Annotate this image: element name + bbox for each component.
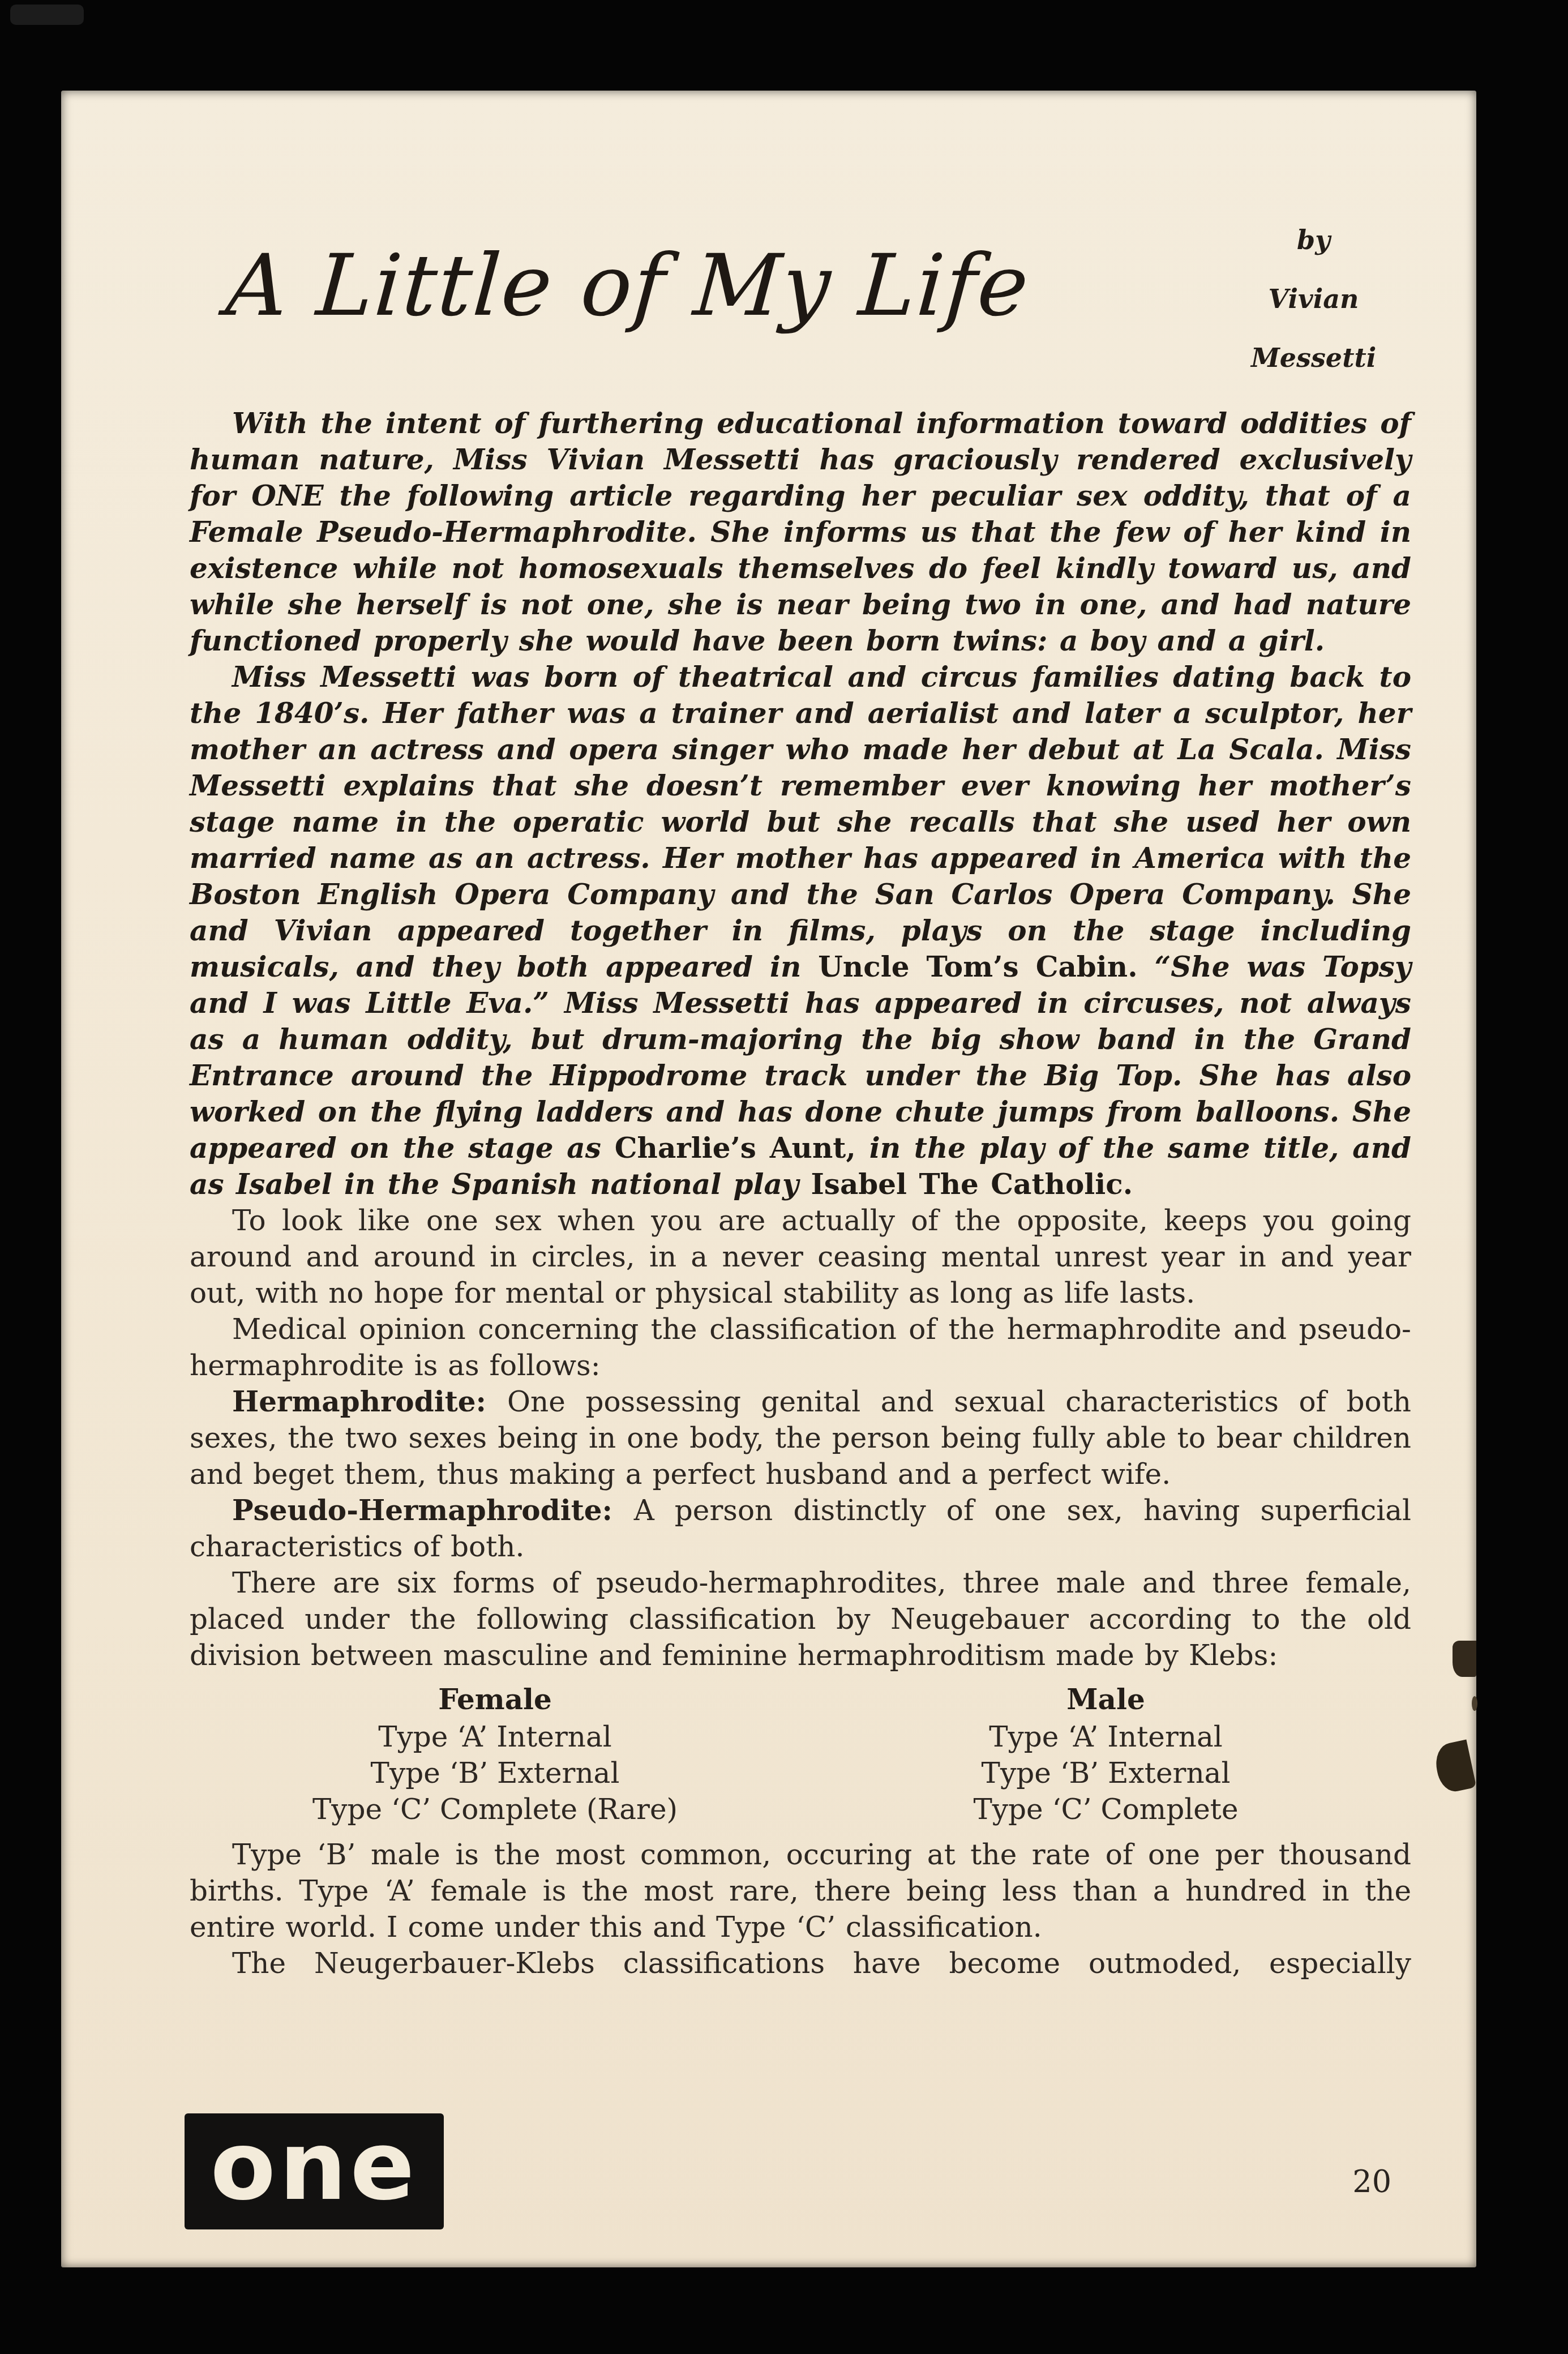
page-content: A Little of My Life by Vivian Messetti W… bbox=[61, 91, 1476, 2267]
scan-artifact bbox=[1453, 1641, 1476, 1677]
page-number: 20 bbox=[1352, 2164, 1391, 2199]
table-row: Type ‘B’ External bbox=[190, 1755, 800, 1791]
column-header-female: Female bbox=[190, 1681, 800, 1718]
classification-column-male: Male Type ‘A’ Internal Type ‘B’ External… bbox=[800, 1681, 1411, 1827]
text-segment: Miss Messetti was born of theatrical and… bbox=[190, 660, 1411, 983]
classification-column-female: Female Type ‘A’ Internal Type ‘B’ Extern… bbox=[190, 1681, 800, 1827]
paragraph: The Neugerbauer-Klebs classifications ha… bbox=[190, 1945, 1411, 1981]
definition-term: Pseudo-Hermaphrodite: bbox=[232, 1493, 634, 1527]
byline-by: by bbox=[1216, 211, 1411, 269]
table-row: Type ‘C’ Complete bbox=[800, 1791, 1411, 1827]
column-header-male: Male bbox=[800, 1681, 1411, 1718]
table-row: Type ‘A’ Internal bbox=[190, 1719, 800, 1755]
byline-first-name: Vivian bbox=[1216, 269, 1411, 328]
body-paragraphs-before-table: To look like one sex when you are actual… bbox=[190, 1202, 1411, 1674]
logo-text: one bbox=[211, 2118, 418, 2214]
paragraph: Type ‘B’ male is the most common, occuri… bbox=[190, 1837, 1411, 1945]
paragraph: Hermaphrodite: One possessing genital an… bbox=[190, 1384, 1411, 1492]
table-row: Type ‘C’ Complete (Rare) bbox=[190, 1791, 800, 1827]
paragraph: To look like one sex when you are actual… bbox=[190, 1202, 1411, 1311]
classification-table: Female Type ‘A’ Internal Type ‘B’ Extern… bbox=[190, 1681, 1411, 1827]
magazine-page-paper: A Little of My Life by Vivian Messetti W… bbox=[61, 91, 1476, 2267]
definition-term: Hermaphrodite: bbox=[232, 1385, 507, 1418]
table-row: Type ‘B’ External bbox=[800, 1755, 1411, 1791]
table-row: Type ‘A’ Internal bbox=[800, 1719, 1411, 1755]
scan-artifact bbox=[1472, 1696, 1477, 1711]
article-title: A Little of My Life bbox=[184, 203, 1222, 370]
intro-paragraphs: With the intent of furthering educationa… bbox=[190, 405, 1411, 1202]
scanned-magazine-page: { "header": { "title": "A Little of My L… bbox=[0, 0, 1568, 2354]
paragraph: Medical opinion concerning the classific… bbox=[190, 1311, 1411, 1384]
text-segment: With the intent of furthering educationa… bbox=[190, 406, 1411, 657]
text-segment: Isabel The Catholic. bbox=[811, 1167, 1133, 1201]
paragraph: There are six forms of pseudo-hermaphrod… bbox=[190, 1565, 1411, 1674]
text-segment: Charlie’s Aunt, bbox=[615, 1131, 856, 1165]
paragraph: With the intent of furthering educationa… bbox=[190, 405, 1411, 659]
text-segment: Uncle Tom’s Cabin. bbox=[818, 950, 1137, 983]
byline: by Vivian Messetti bbox=[1216, 203, 1411, 387]
paragraph: Miss Messetti was born of theatrical and… bbox=[190, 659, 1411, 1202]
one-magazine-logo: one bbox=[185, 2113, 444, 2229]
byline-last-name: Messetti bbox=[1216, 328, 1411, 387]
body-paragraphs-after-table: Type ‘B’ male is the most common, occuri… bbox=[190, 1837, 1411, 1981]
article-header: A Little of My Life by Vivian Messetti bbox=[190, 203, 1411, 387]
scan-smudge bbox=[10, 5, 84, 25]
paragraph: Pseudo-Hermaphrodite: A person distinctl… bbox=[190, 1492, 1411, 1565]
